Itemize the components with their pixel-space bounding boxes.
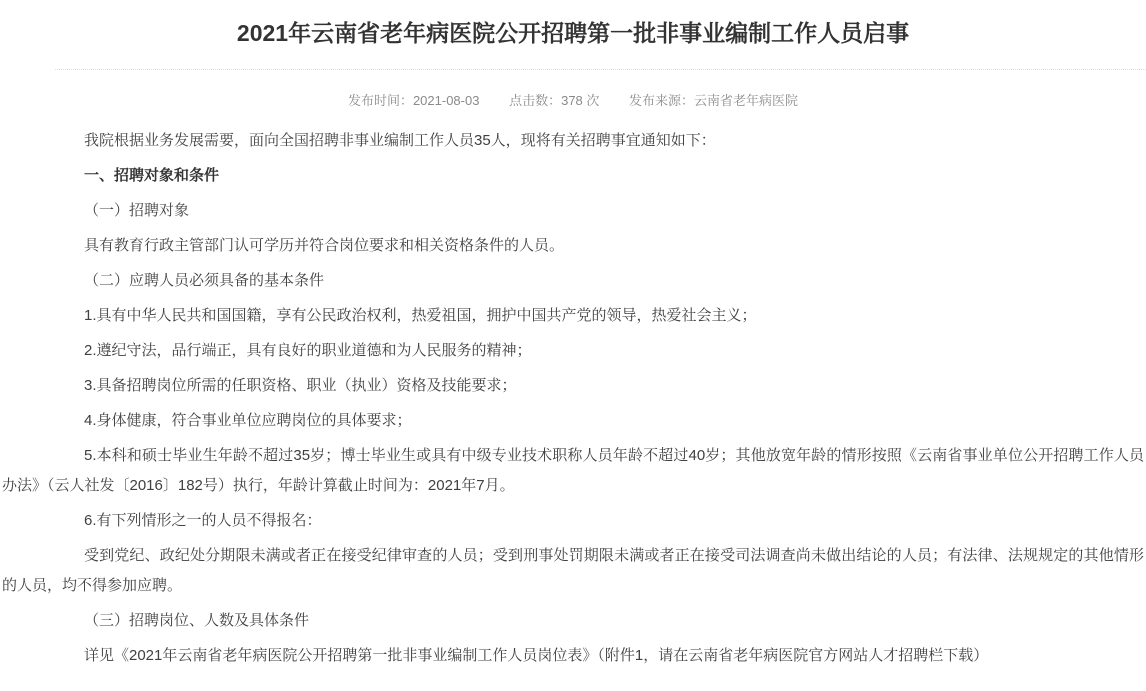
article-paragraph: 我院根据业务发展需要，面向全国招聘非事业编制工作人员35人，现将有关招聘事宜通知… [2, 126, 1144, 156]
article-paragraph: 6.有下列情形之一的人员不得报名： [2, 506, 1144, 536]
publish-source: 发布来源：云南省老年病医院 [629, 93, 798, 109]
article-paragraph: 具有教育行政主管部门认可学历并符合岗位要求和相关资格条件的人员。 [2, 231, 1144, 261]
publish-time-label: 发布时间： [348, 93, 413, 108]
publish-source-value: 云南省老年病医院 [694, 93, 798, 108]
hit-count-value: 378 次 [561, 93, 599, 108]
article-paragraph: 5.本科和硕士毕业生年龄不超过35岁；博士毕业生或具有中级专业技术职称人员年龄不… [2, 441, 1144, 501]
article-paragraph: 2.遵纪守法，品行端正，具有良好的职业道德和为人民服务的精神； [2, 336, 1144, 366]
publish-time: 发布时间：2021-08-03 [348, 93, 480, 109]
article-paragraph: 详见《2021年云南省老年病医院公开招聘第一批非事业编制工作人员岗位表》（附件1… [2, 641, 1144, 671]
page-title: 2021年云南省老年病医院公开招聘第一批非事业编制工作人员启事 [0, 0, 1146, 49]
article-meta: 发布时间：2021-08-03 点击数：378 次 发布来源：云南省老年病医院 [0, 93, 1146, 109]
article-paragraph: （二）应聘人员必须具备的基本条件 [2, 266, 1144, 296]
article-paragraph: 4.身体健康，符合事业单位应聘岗位的具体要求； [2, 406, 1144, 436]
article-paragraph: （一）招聘对象 [2, 196, 1144, 226]
publish-time-value: 2021-08-03 [413, 93, 480, 108]
hit-count: 点击数：378 次 [509, 93, 599, 109]
article-paragraph: 1.具有中华人民共和国国籍，享有公民政治权利，热爱祖国，拥护中国共产党的领导，热… [2, 301, 1144, 331]
article-paragraph: 3.具备招聘岗位所需的任职资格、职业（执业）资格及技能要求； [2, 371, 1144, 401]
publish-source-label: 发布来源： [629, 93, 694, 108]
article-paragraph: （三）招聘岗位、人数及具体条件 [2, 606, 1144, 636]
article-paragraph: 一、招聘对象和条件 [2, 161, 1144, 191]
hit-count-label: 点击数： [509, 93, 561, 108]
article-page: 2021年云南省老年病医院公开招聘第一批非事业编制工作人员启事 发布时间：202… [0, 0, 1146, 691]
dotted-divider [55, 69, 1146, 70]
article-paragraph: 受到党纪、政纪处分期限未满或者正在接受纪律审查的人员；受到刑事处罚期限未满或者正… [2, 541, 1144, 601]
article-content: 我院根据业务发展需要，面向全国招聘非事业编制工作人员35人，现将有关招聘事宜通知… [0, 126, 1146, 671]
